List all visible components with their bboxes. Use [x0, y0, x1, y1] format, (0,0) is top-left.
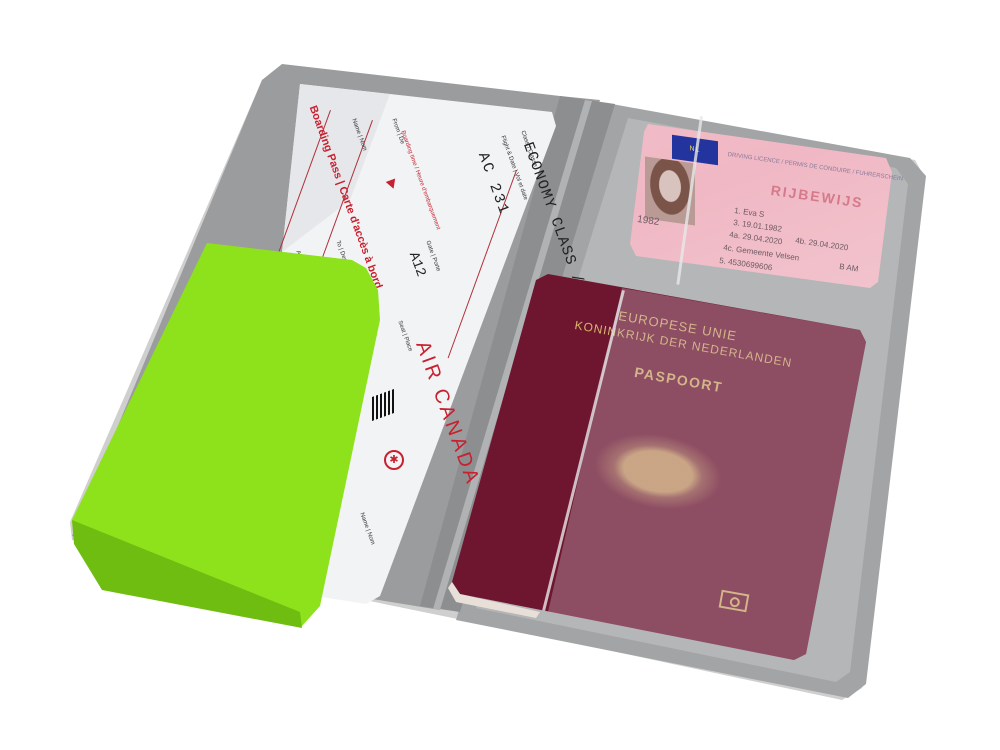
travel-wallet-photo: Class | Classe ECONOMY CLASS / CLASSE EC…: [0, 0, 1000, 750]
maple-leaf-icon: ✱: [384, 450, 404, 470]
